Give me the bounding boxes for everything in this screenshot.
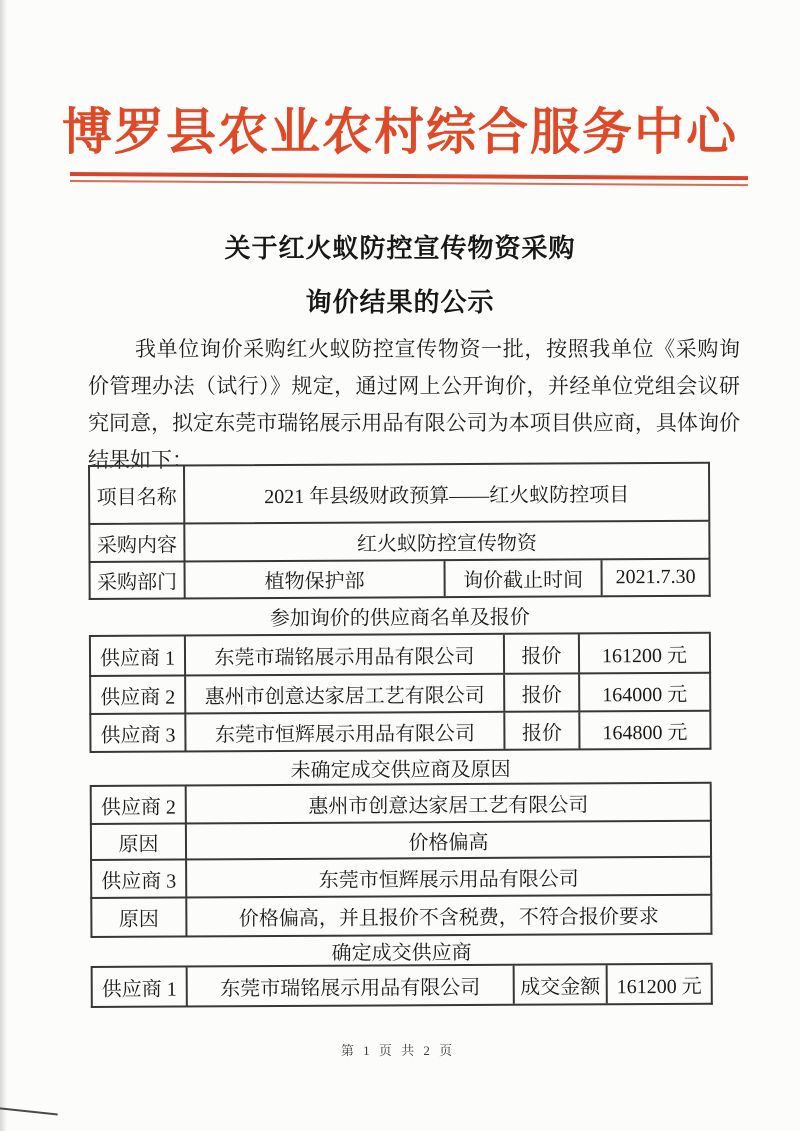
table-row-reason-3: 原因 价格偏高，并且报价不含税费，不符合报价要求: [90, 896, 712, 938]
cell-company: 东莞市瑞铭展示用品有限公司: [186, 635, 505, 675]
cell-company: 惠州市创意达家居工艺有限公司: [187, 784, 710, 823]
cell-company: 东莞市瑞铭展示用品有限公司: [188, 966, 515, 1006]
table-row-supplier-2: 供应商 2 惠州市创意达家居工艺有限公司 报价 164000 元: [89, 674, 711, 715]
cell-company: 惠州市创意达家居工艺有限公司: [186, 675, 505, 713]
cell-key: 报价: [505, 634, 580, 672]
table-row-unselected-supplier-2: 供应商 2 惠州市创意达家居工艺有限公司: [90, 784, 712, 825]
section-title: 参加询价的供应商名单及报价: [89, 600, 711, 632]
scan-artifact-line: [0, 1107, 58, 1115]
cell-amount: 161200 元: [608, 965, 711, 1004]
cell-value: 植物保护部: [186, 561, 446, 597]
document-title-line2: 询价结果的公示: [0, 282, 800, 319]
document-title: 关于红火蚁防控宣传物资采购 询价结果的公示: [0, 228, 800, 319]
cell-label: 供应商 3: [91, 714, 186, 750]
cell-date: 2021.7.30: [603, 560, 709, 596]
table-row-supplier-3: 供应商 3 东莞市恒辉展示用品有限公司 报价 164800 元: [89, 712, 711, 753]
cell-key: 询价截止时间: [446, 560, 603, 596]
cell-label: 供应商 3: [92, 860, 187, 896]
table-section-awarded: 确定成交供应商: [90, 935, 712, 968]
cell-label: 供应商 1: [91, 636, 186, 674]
page-number: 第 1 页 共 2 页: [0, 1040, 796, 1059]
cell-label: 采购内容: [90, 524, 185, 560]
cell-label: 供应商 1: [93, 967, 188, 1005]
org-letterhead: 博罗县农业农村综合服务中心: [0, 92, 800, 164]
table-row-purchase-dept: 采购部门 植物保护部 询价截止时间 2021.7.30: [89, 560, 711, 600]
section-title: 未确定成交供应商及原因: [90, 751, 712, 783]
table-row-project-name: 项目名称 2021 年县级财政预算——红火蚁防控项目: [88, 462, 710, 525]
cell-key: 报价: [505, 712, 580, 748]
cell-value: 2021 年县级财政预算——红火蚁防控项目: [185, 464, 708, 523]
cell-value: 价格偏高，并且报价不含税费，不符合报价要求: [187, 896, 710, 936]
cell-label: 项目名称: [90, 466, 185, 522]
cell-key: 报价: [505, 674, 580, 710]
cell-key: 成交金额: [515, 965, 608, 1003]
section-title: 确定成交供应商: [90, 934, 712, 966]
table-row-awarded-supplier: 供应商 1 东莞市瑞铭展示用品有限公司 成交金额 161200 元: [91, 965, 713, 1008]
cell-label: 供应商 2: [92, 786, 187, 822]
body-paragraph: 我单位询价采购红火蚁防控宣传物资一批，按照我单位《采购询价管理办法（试行）》规定…: [88, 331, 740, 479]
scanned-document-page: 博罗县农业农村综合服务中心 关于红火蚁防控宣传物资采购 询价结果的公示 我单位询…: [0, 0, 800, 1131]
letterhead-rule: [70, 172, 748, 186]
cell-label: 供应商 2: [91, 676, 186, 712]
table-section-unselected: 未确定成交供应商及原因: [90, 750, 712, 787]
scan-edge-shadow: [0, 0, 7, 1131]
cell-amount: 161200 元: [580, 634, 709, 673]
table-row-purchase-content: 采购内容 红火蚁防控宣传物资: [88, 522, 710, 563]
cell-company: 东莞市恒辉展示用品有限公司: [186, 713, 505, 751]
document-title-line1: 关于红火蚁防控宣传物资采购: [0, 228, 800, 265]
table-row-supplier-1: 供应商 1 东莞市瑞铭展示用品有限公司 报价 161200 元: [89, 634, 711, 677]
cell-value: 价格偏高: [187, 822, 710, 859]
cell-label: 采购部门: [91, 562, 186, 597]
inquiry-result-table: 项目名称 2021 年县级财政预算——红火蚁防控项目 采购内容 红火蚁防控宣传物…: [88, 462, 713, 1008]
cell-label: 原因: [92, 824, 187, 858]
cell-value: 红火蚁防控宣传物资: [185, 522, 708, 561]
table-row-reason-2: 原因 价格偏高: [90, 822, 712, 861]
cell-amount: 164000 元: [580, 674, 709, 711]
cell-company: 东莞市恒辉展示用品有限公司: [187, 858, 710, 897]
cell-label: 原因: [92, 898, 187, 935]
table-section-bidders: 参加询价的供应商名单及报价: [89, 597, 711, 637]
table-row-unselected-supplier-3: 供应商 3 东莞市恒辉展示用品有限公司: [90, 858, 712, 899]
cell-amount: 164800 元: [580, 712, 709, 749]
